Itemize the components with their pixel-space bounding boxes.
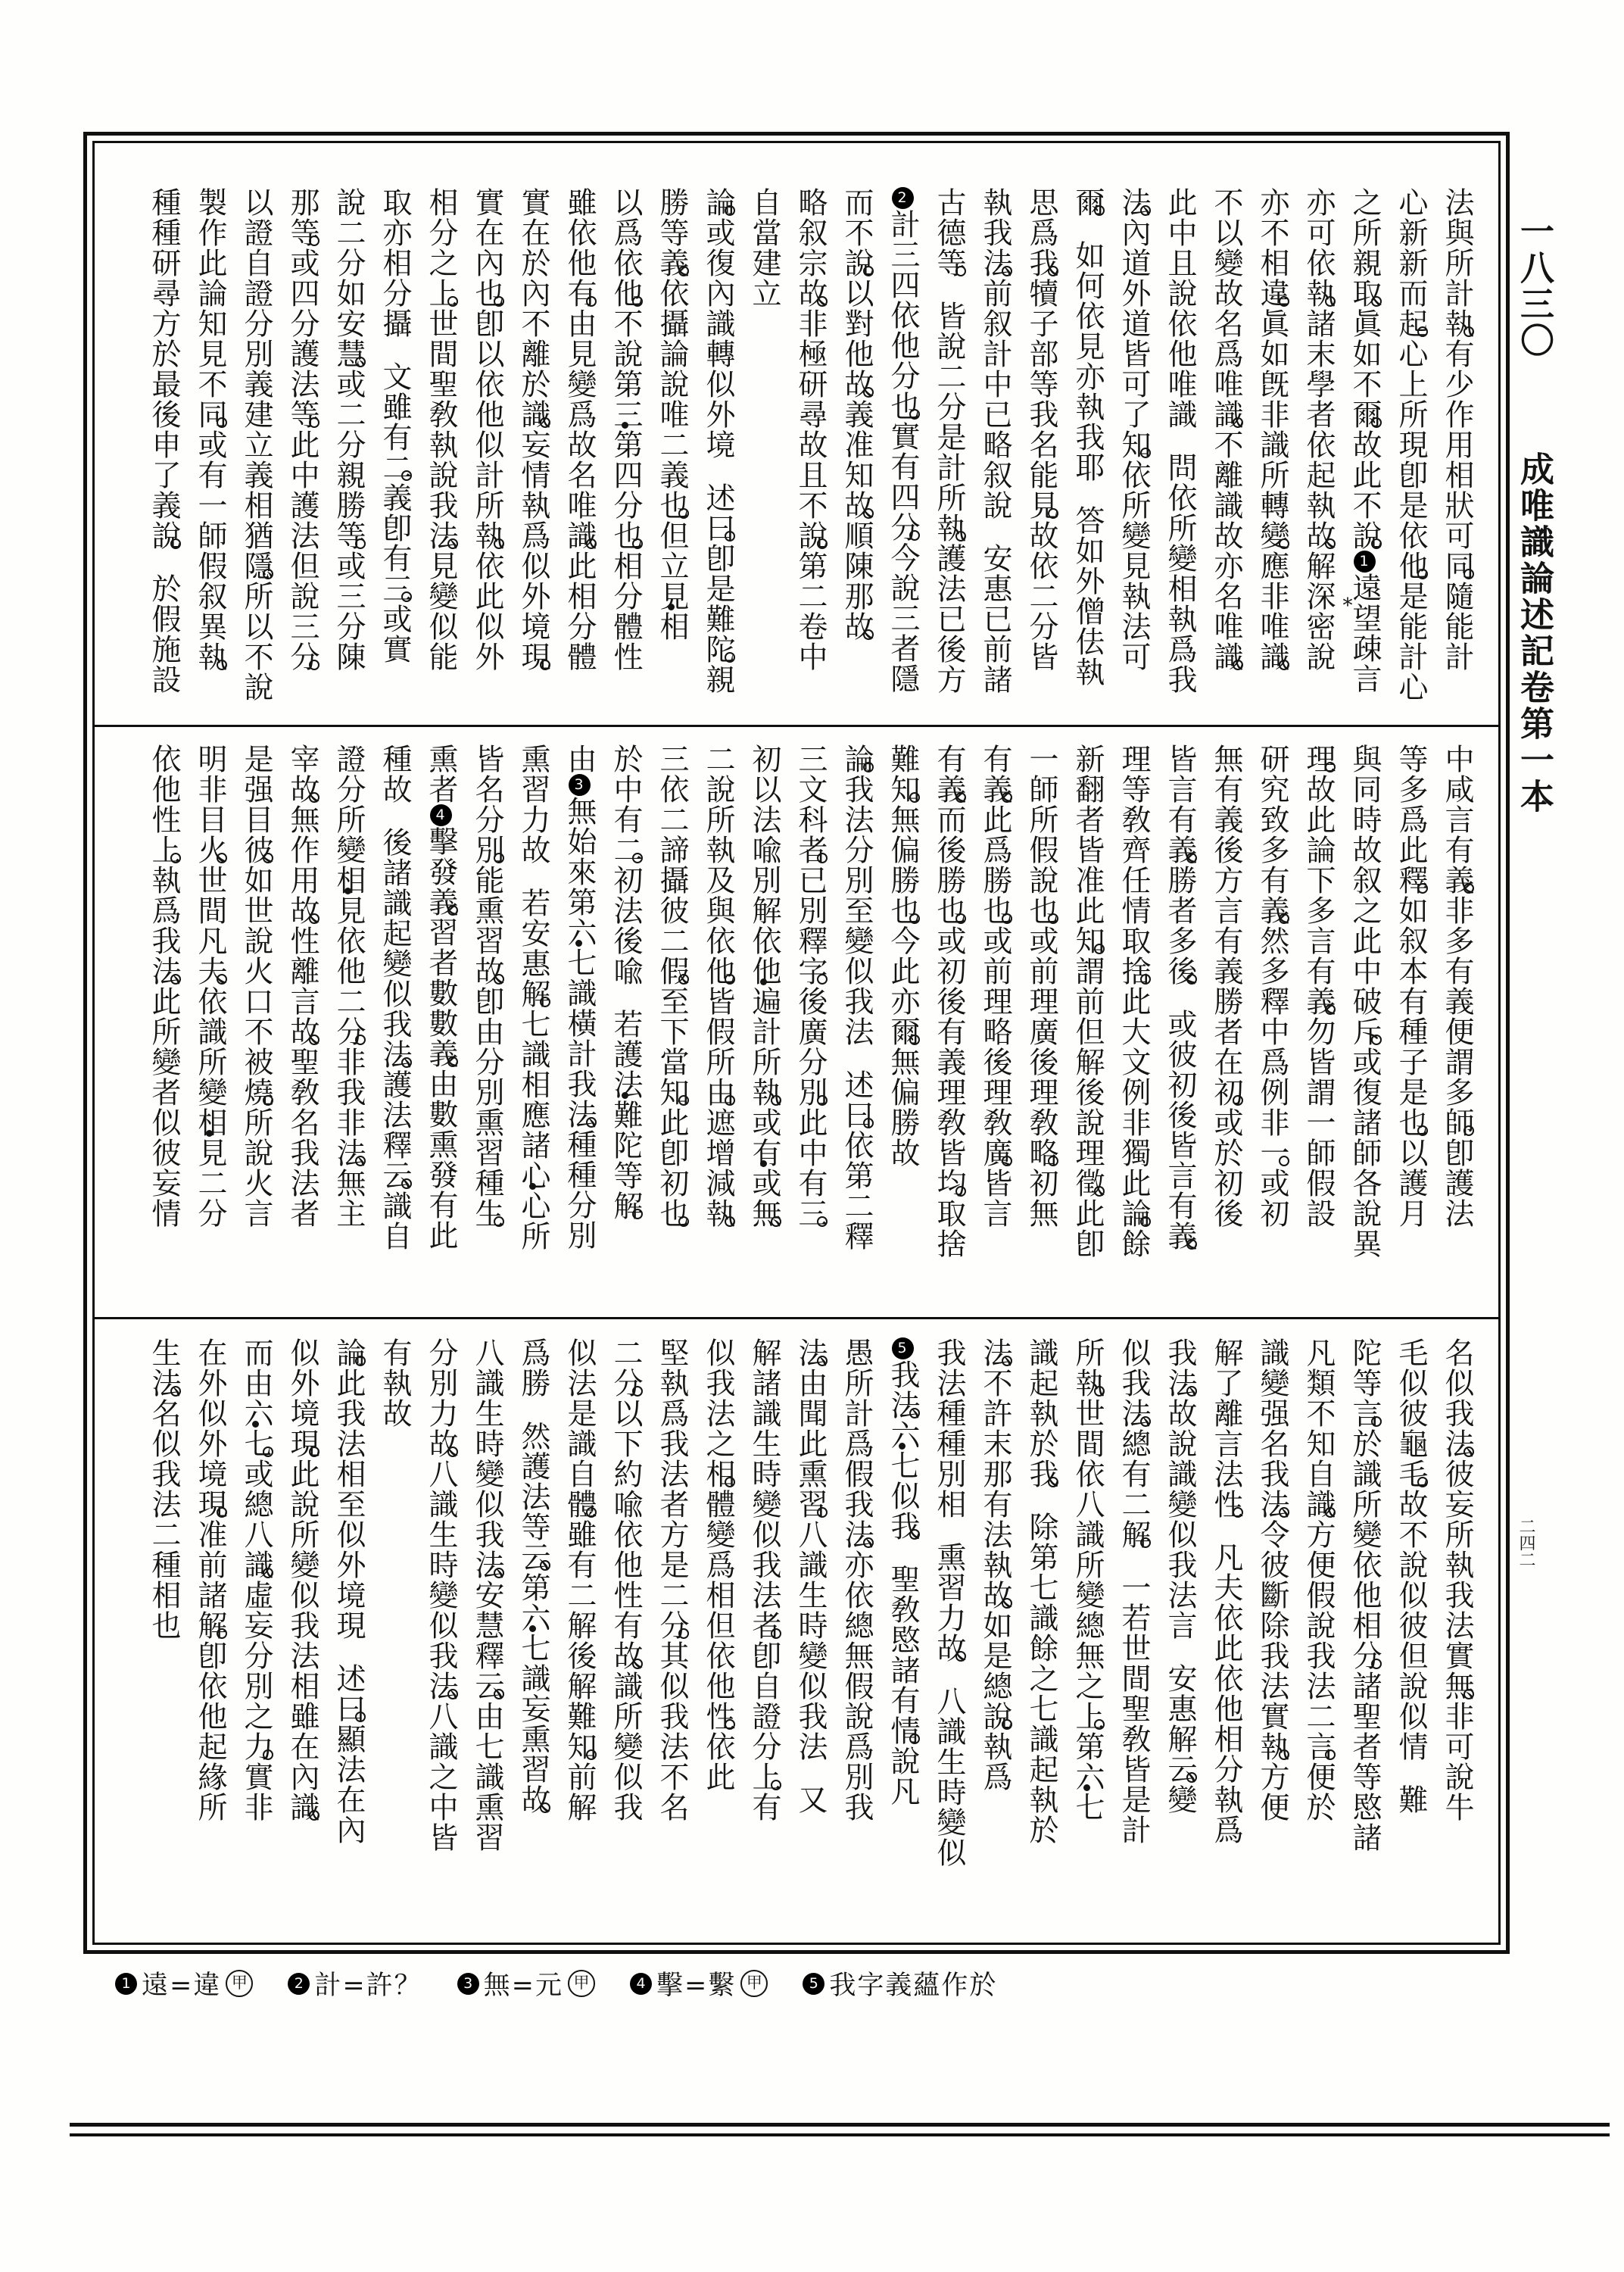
text-column: 我法種種別相熏習力故八識生時變似 xyxy=(926,1337,972,1933)
text-column: 論此我法相至似外境現述曰顯法在內 xyxy=(326,1337,372,1933)
blank-slot xyxy=(1041,1489,1042,1512)
text-column: 凡類不知自識方便假說我法二言便於 xyxy=(1295,1337,1342,1933)
text-column: 皆名分別能熏習故卽由分別熏習種生 xyxy=(464,744,510,1308)
text-column: 爲勝然護法等云第六七識妄熏習故 xyxy=(510,1337,556,1933)
blank-slot xyxy=(348,1640,349,1663)
footnote-item: 2計=許？ xyxy=(288,1965,422,2002)
bottom-rule-1 xyxy=(70,2123,1610,2127)
footnote-text: 我字義蘊作於 xyxy=(829,1965,997,2002)
band-1: 法與所計執有少作用相狀可同隨能計心新新而起心上所現卽是依他是能計心之所親取眞如不… xyxy=(95,143,1498,725)
text-column: 所執世間依八識所變總無之上第六七 xyxy=(1064,1337,1111,1933)
text-column: 論我法分別至變似我法述曰依第二釋 xyxy=(834,744,880,1308)
text-column: 解了離言法性凡夫依此依他相分執爲 xyxy=(1203,1337,1249,1933)
blank-slot xyxy=(902,1541,903,1564)
text-column: 此中且說依他唯識問依所變相執爲我 xyxy=(1157,187,1203,716)
text-column: 似外境現此說所變似我法相雖在內識 xyxy=(279,1337,326,1933)
footnote-ref-2: 2 xyxy=(892,187,914,209)
text-column: 毛似彼龜毛故不說似彼但說似情難 xyxy=(1388,1337,1434,1933)
text-column: 明非目火世間凡夫依識所變相見二分 xyxy=(187,744,233,1308)
text-column: 相分之上世間聖敎執說我法見變似能 xyxy=(418,187,464,716)
text-column: 法不許末那有法執故如是總說執爲 xyxy=(972,1337,1018,1933)
footnote-text: 計=許？ xyxy=(314,1965,422,2002)
text-frame-inner: 法與所計執有少作用相狀可同隨能計心新新而起心上所現卽是依他是能計心之所親取眞如不… xyxy=(92,141,1501,1945)
text-column: 中咸言有義非多有義便謂多師卽護法 xyxy=(1434,744,1480,1308)
text-column: 生法名似我法二種相也 xyxy=(141,1337,187,1933)
text-column: 理故此論下多言有義勿皆謂一師假設 xyxy=(1295,744,1342,1308)
blank-slot xyxy=(718,460,718,482)
text-column: 實在內也卽以依他似計所執依此似外 xyxy=(464,187,510,716)
text-column: 有義而後勝也或初後有義理敎皆均取捨 xyxy=(926,744,972,1308)
text-column: 5我法六七似我聖敎愍諸有情說凡 xyxy=(880,1337,926,1933)
text-column: 初以法喩別解依他遍計所執或有或無 xyxy=(741,744,787,1308)
blank-slot xyxy=(533,1398,534,1421)
text-column: 思爲我犢子部等我名能見故依二分皆 xyxy=(1018,187,1064,716)
blank-slot xyxy=(1087,482,1088,505)
text-column: 取亦相分攝文雖有二義卽有三或實 xyxy=(372,187,418,716)
text-column: 法由聞此熏習八識生時變似我法又 xyxy=(787,1337,834,1933)
text-column: 堅執爲我法者方是二分其似我法不名 xyxy=(649,1337,695,1933)
text-column: 名似我法彼妄所執我法實無非可說牛 xyxy=(1434,1337,1480,1933)
blank-slot xyxy=(949,1663,949,1686)
running-header: 一八三〇 成唯識論述記卷第一本 xyxy=(1510,214,1559,815)
text-column: 不以變故名爲唯識不離識故亦名唯識 xyxy=(1203,187,1249,716)
text-column: 三文科者已別釋字後廣分別此中有三 xyxy=(787,744,834,1308)
blank-slot xyxy=(1410,1762,1411,1784)
text-column: 心新新而起心上所現卽是依他是能計心 xyxy=(1388,187,1434,716)
text-column: 有執故 xyxy=(372,1337,418,1933)
text-column: 勝等義依攝論說唯二義也但立見相 xyxy=(649,187,695,716)
blank-slot xyxy=(810,1762,811,1784)
text-column: 證分所變相見依他二分非我非法無主 xyxy=(326,744,372,1308)
text-column: 種種研尋方於最後申了義說於假施設 xyxy=(141,187,187,716)
text-column: 亦不相違眞如旣非識所轉變應非唯識 xyxy=(1249,187,1295,716)
text-column: 製作此論知見不同或有一師假叙異執 xyxy=(187,187,233,716)
text-column: 2計三四依他分也實有四分今說三者隱 xyxy=(880,187,926,716)
text-column: 宰故無作用故性離言故聖敎名我法者 xyxy=(279,744,326,1308)
text-column: 種故後諸識起變似我法護法釋云識自 xyxy=(372,744,418,1308)
text-column: 識變强名我法令彼斷除我法實執方便 xyxy=(1249,1337,1295,1933)
blank-slot xyxy=(995,520,996,543)
footnote-number: 3 xyxy=(457,1973,479,1995)
blank-slot xyxy=(394,804,395,827)
text-column: 有義此爲勝也或前理略後理敎廣皆言 xyxy=(972,744,1018,1308)
blank-slot xyxy=(856,1047,857,1069)
text-column: 而不說以對他故義准知故順陳那故 xyxy=(834,187,880,716)
text-column: 亦可依執諸末學者依起執故解深密說 xyxy=(1295,187,1342,716)
text-column: 似我法之相體變爲相但依他性依此 xyxy=(695,1337,741,1933)
footnote-ref-5: 5 xyxy=(892,1337,914,1359)
text-column: 識起執於我除第七識餘之七識起執於 xyxy=(1018,1337,1064,1933)
band-2: 中咸言有義非多有義便謂多師卽護法等多爲此釋如叙本有種子是也以護月與同時故叙之此中… xyxy=(95,725,1498,1317)
text-column: 自當建立 xyxy=(741,187,787,716)
footnote-siglum: 甲 xyxy=(568,1970,595,1997)
text-column: 熏者4擊發義習者數數義由數熏發有此 xyxy=(418,744,464,1308)
text-column: 新翻者皆准此知謂前但解後說理徵此卽 xyxy=(1064,744,1111,1308)
footnote-ref-3: 3 xyxy=(569,774,591,796)
footnote-item: 4擊=繫甲 xyxy=(630,1965,768,2002)
footnote-text: 無=元 xyxy=(484,1965,563,2002)
blank-slot xyxy=(1180,1640,1180,1663)
blank-slot xyxy=(164,551,164,573)
text-column: 那等或四分護法等此中護法但說三分 xyxy=(279,187,326,716)
text-column: 二說所執及與依他皆假所由遮增減執 xyxy=(695,744,741,1308)
text-column: 等多爲此釋如叙本有種子是也以護月 xyxy=(1388,744,1434,1308)
text-column: 研究致多有義然多釋中爲例非一或初 xyxy=(1249,744,1295,1308)
text-column: 難知無偏勝也今此亦爾無偏勝故 xyxy=(880,744,926,1308)
text-column: 八識生時變似我法安慧釋云由七識熏習 xyxy=(464,1337,510,1933)
text-column: 似我法總有二解一若世間聖敎皆是計 xyxy=(1111,1337,1157,1933)
blank-slot xyxy=(1087,217,1088,240)
text-column: 說二分如安慧或二分親勝等或三分陳 xyxy=(326,187,372,716)
text-column: 依他性上執爲我法此所變者似彼妄情 xyxy=(141,744,187,1308)
text-column: 皆言有義勝者多後或彼初後皆言有義 xyxy=(1157,744,1203,1308)
text-column: 二分以下約喩依他性有故識所變似我 xyxy=(603,1337,649,1933)
footnote-siglum: 甲 xyxy=(226,1970,253,1997)
text-column: 似法是識自體雖有二解後解難知前解 xyxy=(556,1337,603,1933)
blank-slot xyxy=(949,278,949,301)
footnote-row: 1遠=違甲2計=許？3無=元甲4擊=繫甲5我字義蘊作於 xyxy=(115,1965,1478,2002)
blank-slot xyxy=(625,986,626,1009)
text-column: 無有義後方言有義勝者在初或於初後 xyxy=(1203,744,1249,1308)
text-column: 陀等言於識所變依他相分諸聖者等愍諸 xyxy=(1342,1337,1388,1933)
margin-page-number: 二四二 xyxy=(1514,1518,1538,1568)
text-column: 以證自證分別義建立義相猶隱所以不說 xyxy=(233,187,279,716)
blank-slot xyxy=(1133,1550,1134,1572)
text-column: 爾如何依見亦執我耶答如外僧佉執 xyxy=(1064,187,1111,716)
text-column: 之所親取眞如不爾故此不說1遠望疎言 xyxy=(1342,187,1388,716)
blank-slot xyxy=(949,1519,949,1542)
text-column: 是强目彼如世說火口不被燒所說火言 xyxy=(233,744,279,1308)
text-column: 以爲依他不說第三第四分也相分體性 xyxy=(603,187,649,716)
footnote-number: 5 xyxy=(803,1973,824,1995)
text-column: 在外似外境現准前諸解卽依他起緣所 xyxy=(187,1337,233,1933)
footnote-text: 遠=違 xyxy=(142,1965,221,2002)
text-frame: 法與所計執有少作用相狀可同隨能計心新新而起心上所現卽是依他是能計心之所親取眞如不… xyxy=(83,132,1510,1954)
text-column: 略叙宗故非極研尋故且不說第二卷中 xyxy=(787,187,834,716)
footnote-item: 1遠=違甲 xyxy=(115,1965,253,2002)
text-column: 熏習力故若安惠解七識相應諸心心所 xyxy=(510,744,556,1308)
text-column: 與同時故叙之此中破斥或復諸師各說異 xyxy=(1342,744,1388,1308)
text-column: 法與所計執有少作用相狀可同隨能計 xyxy=(1434,187,1480,716)
text-column: 理等敎齊任情取捨此大文例非獨此論餘 xyxy=(1111,744,1157,1308)
text-number: 一八三〇 xyxy=(1514,214,1554,359)
scanned-page: 法與所計執有少作用相狀可同隨能計心新新而起心上所現卽是依他是能計心之所親取眞如不… xyxy=(0,0,1624,2272)
footnote-ref-4: 4 xyxy=(430,804,452,826)
footnote-siglum: 甲 xyxy=(740,1970,768,1997)
bottom-rule-2 xyxy=(70,2133,1610,2136)
text-column: 論或復內識轉似外境述曰卽是難陀親 xyxy=(695,187,741,716)
footnote-ref-1: 1 xyxy=(1354,551,1376,573)
text-column: 古德等皆說二分是計所執護法已後方 xyxy=(926,187,972,716)
blank-slot xyxy=(533,865,534,888)
blank-slot xyxy=(1180,429,1180,452)
footnote-item: 3無=元甲 xyxy=(457,1965,595,2002)
text-column: 實在於內不離於識妄情執爲似外境現 xyxy=(510,187,556,716)
footnote-number: 1 xyxy=(115,1973,137,1995)
page-title: 成唯識論述記卷第一本 xyxy=(1514,451,1554,815)
text-column: 由3無始來第六七識橫計我法種種分別 xyxy=(556,744,603,1308)
text-column: 解諸識生時變似我法者卽自證分上有 xyxy=(741,1337,787,1933)
text-column: 一師所假說也或前理廣後理敎略初無 xyxy=(1018,744,1064,1308)
blank-slot xyxy=(1180,986,1180,1009)
blank-slot xyxy=(394,339,395,361)
text-column: 而由六七或總八識虛妄分別之力實非 xyxy=(233,1337,279,1933)
text-column: 雖依他有由見變爲故名唯識此相分體 xyxy=(556,187,603,716)
band-3: 名似我法彼妄所執我法實無非可說牛毛似彼龜毛故不說似彼但說似情難陀等言於識所變依他… xyxy=(95,1317,1498,1943)
footnote-text: 擊=繫 xyxy=(656,1965,736,2002)
text-column: 分別力故八識生時變似我法八識之中皆 xyxy=(418,1337,464,1933)
blank-slot xyxy=(1226,1519,1227,1542)
footnote-number: 2 xyxy=(288,1973,310,1995)
text-column: 於中有二初法後喩若護法難陀等解 xyxy=(603,744,649,1308)
text-column: 執我法前叙計中已略叙說安惠已前諸 xyxy=(972,187,1018,716)
text-column: 三依二諦攝彼二假至下當知此卽初也 xyxy=(649,744,695,1308)
text-column: 我法故說識變似我法言安惠解云變 xyxy=(1157,1337,1203,1933)
footnote-number: 4 xyxy=(630,1973,652,1995)
footnote-item: 5我字義蘊作於 xyxy=(803,1965,997,2002)
text-column: 法內道外道皆可了知依所變見執法可 xyxy=(1111,187,1157,716)
text-column: 愚所計爲假我法亦依總無假說爲別我 xyxy=(834,1337,880,1933)
